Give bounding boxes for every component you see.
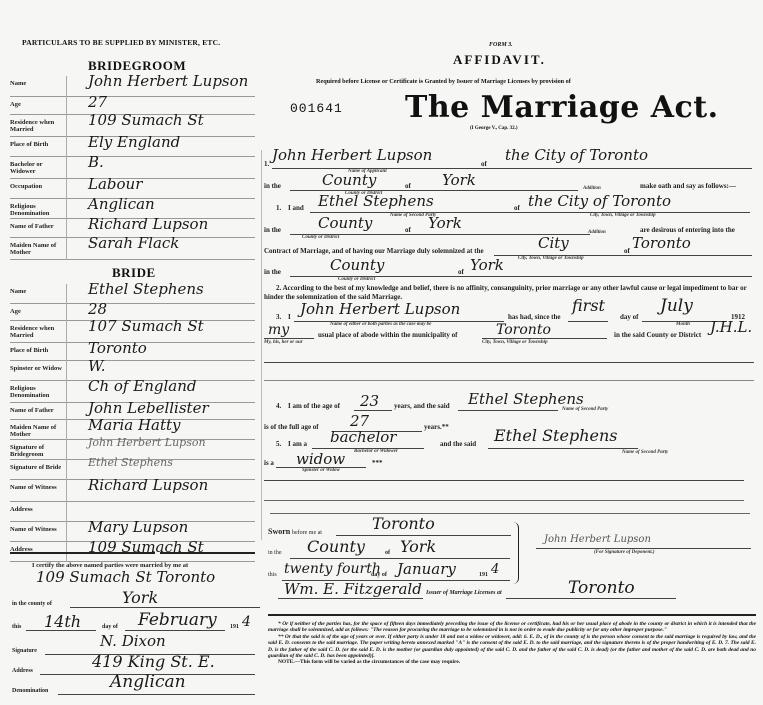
column-rule — [66, 76, 67, 97]
row-label: Residence when Married — [10, 119, 66, 133]
rule — [568, 321, 608, 322]
sworn-label: Sworn — [268, 527, 290, 536]
paragraph-number: 3. — [276, 313, 281, 321]
minister-particulars-header: PARTICULARS TO BE SUPPLIED BY MINISTER, … — [22, 38, 220, 47]
column-rule — [66, 522, 67, 542]
column-rule — [66, 157, 67, 179]
pronoun: my — [268, 322, 289, 338]
footnotes: * Or if neither of the parties has, for … — [268, 621, 756, 666]
row-value: Anglican — [88, 195, 155, 213]
issuer-place: Toronto — [568, 578, 635, 598]
caption: Name of Second Party — [562, 407, 608, 412]
second-party-county: County — [318, 214, 372, 232]
residence-month: July — [660, 296, 693, 316]
oath-text: make oath and say as follows:— — [640, 182, 736, 190]
rule — [310, 212, 750, 213]
i-label: I — [288, 313, 291, 321]
rule — [270, 513, 750, 514]
row-label: Name of Witness — [10, 526, 66, 533]
second-party-status: widow — [296, 450, 345, 468]
paragraph-number: 4. — [276, 402, 281, 410]
is-a-label: is a — [264, 459, 274, 467]
caption: Bachelor or Widower — [354, 449, 398, 454]
row-value: Sarah Flack — [88, 234, 179, 252]
applicant-county: County — [322, 171, 376, 189]
column-rule — [66, 284, 67, 304]
of-label: of — [514, 204, 520, 212]
minister-signature: N. Dixon — [100, 632, 166, 650]
in-the-label: in the — [268, 550, 282, 556]
second-party-name: Ethel Stephens — [318, 192, 434, 210]
row-value: W. — [88, 357, 106, 375]
column-rule — [66, 381, 67, 403]
county-label: in the county of — [12, 601, 52, 607]
rule — [290, 190, 578, 191]
row-label: Maiden Name of Mother — [10, 242, 66, 256]
row-value: B. — [88, 153, 104, 171]
caption: My, his, her or our — [264, 340, 303, 345]
municipality: Toronto — [496, 322, 551, 338]
certify-county: York — [122, 588, 158, 607]
this-label: this — [268, 572, 277, 578]
i-and-label: I and — [288, 204, 304, 212]
row-value: 28 — [88, 300, 107, 318]
row-label: Name of Father — [10, 407, 66, 414]
rule — [536, 548, 751, 549]
column-rule — [66, 219, 67, 238]
column-rule — [66, 137, 67, 157]
row-label: Age — [10, 308, 66, 315]
resident-name: John Herbert Lupson — [300, 300, 460, 318]
deponent-signature: John Herbert Lupson — [544, 534, 651, 545]
years-and-text: years, and the said — [394, 402, 450, 410]
minister-denomination: Anglican — [110, 672, 186, 692]
row-value: Labour — [88, 175, 142, 193]
row-value: 27 — [88, 93, 107, 111]
rule — [272, 168, 752, 169]
of-label: of — [481, 160, 487, 168]
rule — [125, 630, 225, 631]
applicant-age: 23 — [360, 392, 379, 410]
column-rule — [66, 179, 67, 199]
rule — [264, 380, 754, 381]
footnote-note: NOTE.—This form will be varied as the ci… — [268, 659, 756, 665]
solemnize-city-name: Toronto — [632, 234, 691, 252]
row-label: Name — [10, 288, 66, 295]
caption: County or District — [338, 277, 375, 282]
caption: Addition — [588, 230, 606, 235]
rule — [10, 259, 255, 260]
caption: Month — [676, 322, 690, 327]
age-text: I am of the age of — [288, 402, 340, 410]
row-label: Place of Birth — [10, 347, 66, 354]
paragraph-number: 1. — [264, 160, 269, 168]
before-me-label: before me at — [292, 530, 322, 536]
rule — [10, 303, 255, 304]
solemnize-county-name: York — [470, 256, 504, 274]
row-value: Ely England — [88, 133, 180, 151]
row-label: Age — [10, 101, 66, 108]
rule — [354, 410, 392, 411]
row-value: Mary Lupson — [88, 518, 188, 536]
sworn-county-name: York — [400, 537, 436, 556]
denomination-label: Denomination — [12, 688, 48, 694]
form-number: FORM 3. — [489, 42, 513, 48]
certify-day: 14th — [44, 612, 81, 631]
caption: County or District — [302, 235, 339, 240]
caption: City, Town, Village or Township — [518, 256, 584, 261]
day-of-label: day of — [371, 572, 387, 578]
rule — [336, 535, 511, 536]
row-value: Ethel Stephens — [88, 456, 173, 469]
rule — [264, 480, 744, 481]
row-label: Religious Denomination — [10, 203, 66, 217]
row-label: Name — [10, 80, 66, 87]
rule — [10, 96, 255, 97]
in-the-label: in the — [264, 226, 281, 234]
in-the-label: in the — [264, 182, 281, 190]
row-value: John Herbert Lupson — [88, 436, 206, 449]
address-label: Address — [12, 668, 33, 674]
initials: J.H.L. — [710, 318, 752, 336]
column-separator — [261, 150, 262, 540]
residence-day: first — [572, 296, 605, 315]
day-of-label: day of — [620, 313, 638, 321]
year-suffix: 4 — [491, 562, 499, 577]
applicant-name: John Herbert Lupson — [272, 146, 432, 164]
rule — [264, 500, 744, 501]
year-prefix: 191 — [230, 624, 239, 630]
column-rule — [66, 403, 67, 420]
second-party-name-age: Ethel Stephens — [468, 390, 584, 408]
row-label: Place of Birth — [10, 141, 66, 148]
row-value: 109 Sumach St — [88, 111, 204, 129]
desirous-text: are desirous of entering into the — [640, 226, 735, 234]
column-rule — [66, 115, 67, 137]
row-label: Signature of Bridegroom — [10, 444, 66, 458]
of-label: of — [385, 550, 390, 556]
rule — [10, 156, 255, 157]
column-rule — [66, 480, 67, 502]
this-label: this — [12, 624, 21, 630]
row-value: Toronto — [88, 339, 147, 357]
second-party-county-name: York — [428, 214, 462, 232]
row-label: Name of Father — [10, 223, 66, 230]
second-party-name-status: Ethel Stephens — [494, 426, 617, 445]
row-label: Bachelor or Widower — [10, 161, 66, 175]
year-prefix: 191 — [479, 572, 488, 578]
footnote-2: ** Or that the said is of the age of yea… — [268, 634, 756, 660]
signature-label: Signature — [12, 648, 37, 654]
marriage-place: 109 Sumach St Toronto — [36, 568, 215, 586]
full-age-text: is of the full age of — [264, 423, 319, 431]
sworn-month: January — [397, 560, 456, 578]
rule — [264, 338, 314, 339]
certify-month: February — [138, 610, 217, 630]
applicant-county-name: York — [442, 171, 476, 189]
paragraph-number: 1. — [276, 204, 281, 212]
column-rule — [66, 97, 67, 115]
row-value: Richard Lupson — [88, 476, 208, 494]
in-the-label: in the — [264, 268, 281, 276]
footnote-1: * Or if neither of the parties has, for … — [268, 621, 756, 634]
row-label: Occupation — [10, 183, 66, 190]
row-value: Richard Lupson — [88, 215, 208, 233]
issuer-name: Wm. E. Fitzgerald — [284, 580, 422, 598]
marriage-affidavit-document: PARTICULARS TO BE SUPPLIED BY MINISTER, … — [0, 0, 763, 705]
row-value: Ch of England — [88, 377, 196, 395]
bride-title: BRIDE — [112, 265, 156, 281]
column-rule — [66, 460, 67, 480]
sworn-place: Toronto — [372, 514, 435, 533]
abode-text: usual place of abode within the municipa… — [318, 331, 457, 339]
rule — [290, 558, 510, 559]
column-rule — [66, 238, 67, 260]
contract-text: Contract of Marriage, and of having our … — [264, 247, 484, 255]
row-label: Signature of Bride — [10, 464, 66, 471]
act-title: The Marriage Act. — [405, 90, 719, 125]
row-label: Residence when Married — [10, 325, 66, 339]
of-label: of — [458, 268, 464, 276]
rule — [482, 338, 607, 339]
divider — [10, 552, 155, 554]
of-label: of — [405, 182, 411, 190]
act-citation: (I George V., Cap. 32.) — [470, 126, 518, 131]
rule — [58, 694, 255, 695]
stars: *** — [372, 459, 383, 467]
rule — [10, 501, 255, 502]
i-am-label: I am a — [288, 440, 307, 448]
column-rule — [66, 420, 67, 440]
rule — [264, 362, 754, 363]
and-said-text: and the said — [440, 440, 476, 448]
rule — [10, 360, 255, 361]
row-value: Ethel Stephens — [88, 280, 204, 298]
column-rule — [66, 199, 67, 219]
paragraph-number: 2. — [276, 284, 281, 292]
caption: Addition — [583, 186, 601, 191]
column-rule — [66, 502, 67, 522]
caption: Name of Second Party — [622, 450, 668, 455]
row-value: Maria Hatty — [88, 416, 181, 434]
row-label: Name of Witness — [10, 484, 66, 491]
row-label: Spinster or Widow — [10, 365, 66, 372]
row-value: John Lebellister — [88, 399, 209, 417]
rule — [488, 448, 638, 449]
caption: (For Signature of Deponent.) — [594, 550, 655, 555]
affidavit-title: AFFIDAVIT. — [453, 52, 546, 68]
of-label: of — [624, 247, 630, 255]
row-value: 107 Sumach St — [88, 317, 204, 335]
row-label: Religious Denomination — [10, 385, 66, 399]
caption: Spinster or Widow — [302, 468, 340, 473]
of-label: of — [405, 226, 411, 234]
day-of-label: day of — [102, 624, 118, 630]
applicant-addition: the City of Toronto — [505, 146, 648, 164]
minister-address: 419 King St. E. — [92, 652, 215, 671]
rule — [70, 607, 260, 608]
rule — [458, 410, 558, 411]
serial-number: 001641 — [290, 101, 343, 116]
solemnize-county: County — [330, 256, 384, 274]
caption: Name of either or both parties as the ca… — [330, 322, 431, 327]
column-rule — [66, 321, 67, 343]
sworn-day: twenty fourth — [284, 561, 381, 577]
second-party-addition: the City of Toronto — [528, 192, 671, 210]
column-rule — [66, 343, 67, 361]
row-label: Maiden Name of Mother — [10, 424, 66, 438]
sworn-county: County — [307, 537, 365, 556]
caption: City, Town, Village or Township — [482, 340, 548, 345]
applicant-status: bachelor — [330, 428, 396, 446]
required-text: Required before License or Certificate i… — [316, 78, 571, 85]
divider — [268, 614, 756, 616]
solemnize-city: City — [538, 234, 569, 252]
row-label: Address — [10, 506, 66, 513]
divider — [160, 552, 255, 554]
brace — [512, 522, 519, 584]
issuer-label: Issuer of Marriage Licenses at — [426, 590, 502, 596]
paragraph-number: 5. — [276, 440, 281, 448]
sworn-text: Sworn before me at — [268, 527, 322, 536]
year-suffix: 4 — [242, 614, 251, 630]
column-rule — [66, 361, 67, 381]
column-rule — [66, 440, 67, 460]
caption: City, Town, Village or Township — [590, 213, 656, 218]
county-district-text: in the said County or District — [614, 331, 701, 339]
column-rule — [66, 304, 67, 321]
row-value: John Herbert Lupson — [88, 72, 248, 90]
rule — [506, 598, 676, 599]
years-text: years.** — [424, 423, 449, 431]
rule — [278, 598, 423, 599]
has-had-label: has had, since the — [508, 313, 561, 321]
